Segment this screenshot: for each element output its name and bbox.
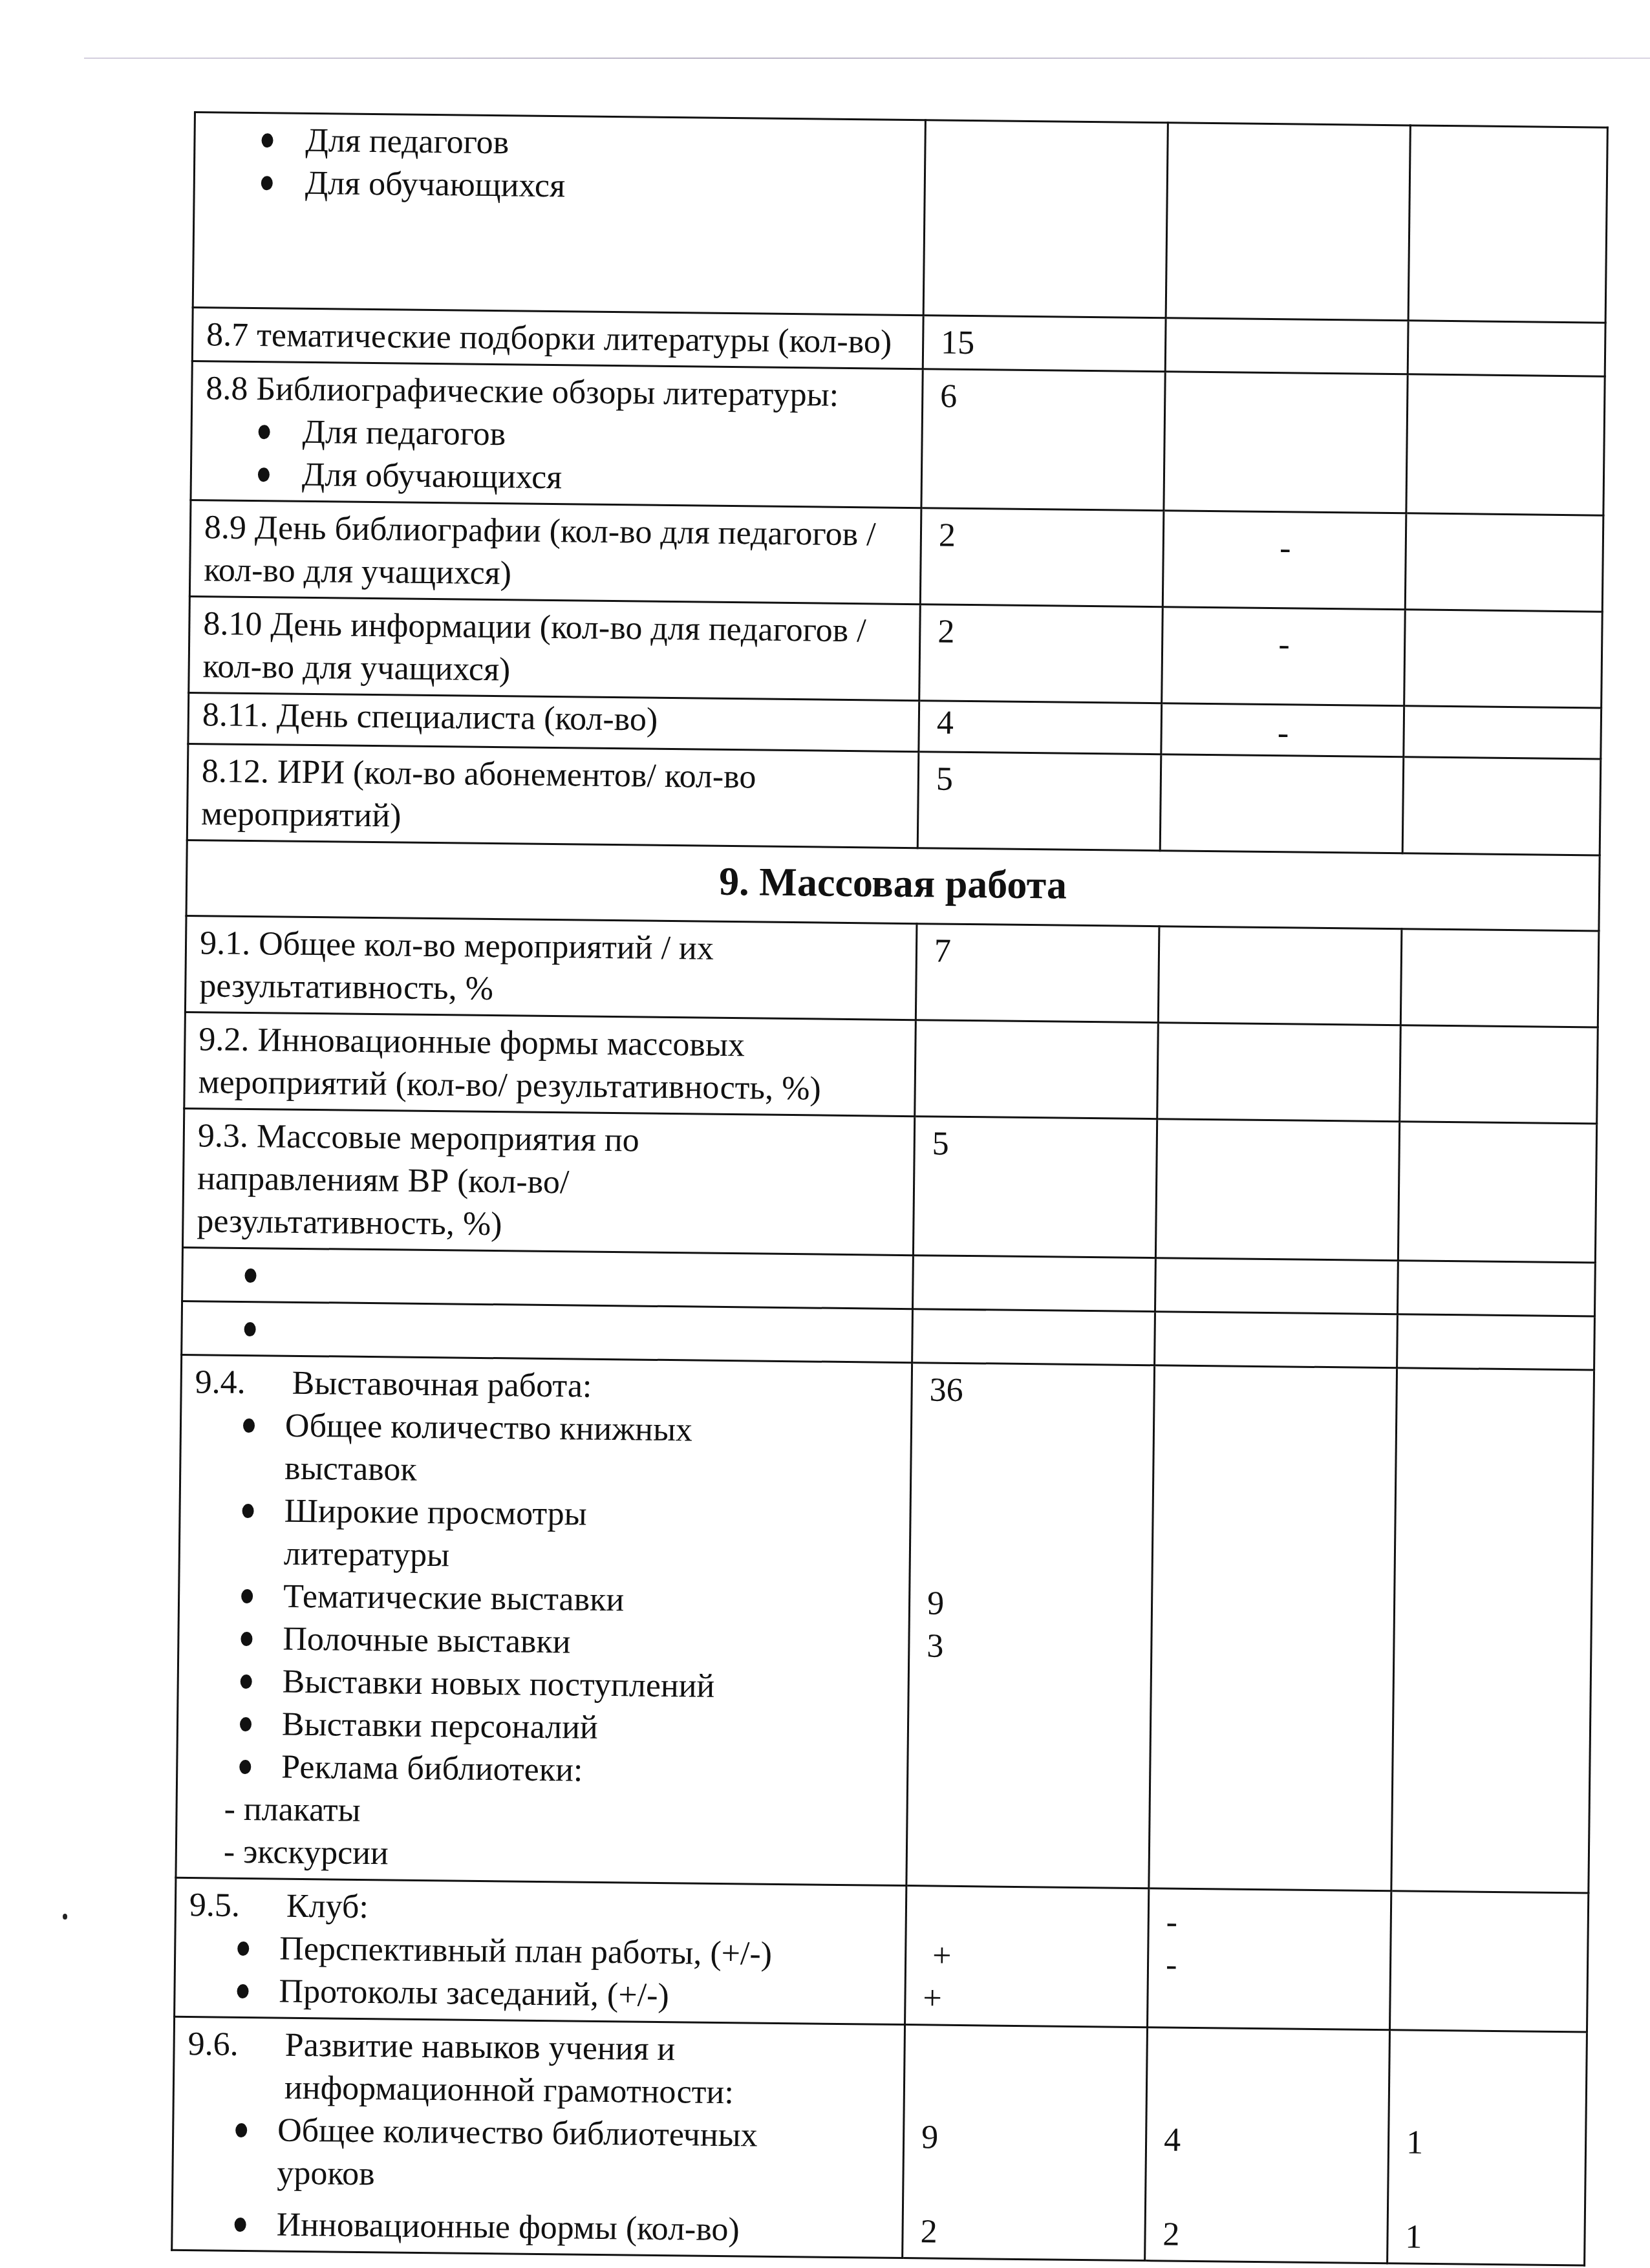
list-item: Для педагогов — [205, 410, 910, 460]
value-cell-col2 — [923, 120, 1168, 318]
value-cell-col2 — [913, 1256, 1156, 1312]
list-item: Реклама библиотеки: — [191, 1745, 753, 1793]
list-item: Полочные выставки — [192, 1617, 755, 1665]
value-cell-col4 — [1397, 1261, 1595, 1316]
row-index: 9.6. — [187, 2023, 285, 2110]
value-cell-col3: - - — [1148, 1888, 1391, 2030]
value-cell-col2: 15 — [923, 316, 1166, 372]
bullet-icon — [237, 1942, 249, 1956]
value-cell-col2: 5 — [917, 752, 1161, 851]
row-label-cell: 9.6. Развитие навыков учения и информаци… — [172, 2017, 905, 2258]
value: - — [1166, 1901, 1378, 1946]
value: 3 — [927, 1625, 1139, 1670]
value: + — [923, 1934, 1136, 1980]
row-label-cell: 9.3. Массовые мероприятия по направления… — [182, 1108, 914, 1255]
list-item: Перспективный план работы, (+/-) — [189, 1927, 894, 1977]
section-heading-row: 9. Массовая работа — [186, 840, 1600, 931]
bullet-icon — [243, 1418, 255, 1433]
list-item: Общее количество книжных выставок — [194, 1404, 756, 1495]
row-label-cell: Для педагогов Для обучающихся — [193, 112, 925, 316]
value-cell-col2: 36 9 3 — [906, 1363, 1155, 1888]
value-cell-col3 — [1149, 1365, 1397, 1891]
value: 9 — [927, 1582, 1140, 1627]
value-cell-col4 — [1402, 757, 1601, 855]
value: + — [923, 1977, 1135, 2022]
table-row-9-2: 9.2. Инновационные формы массовых меропр… — [184, 1012, 1598, 1124]
row-label: Клуб: — [286, 1885, 369, 1929]
list-item — [195, 1307, 900, 1358]
report-page: Для педагогов Для обучающихся 8.7 темати… — [171, 111, 1607, 2266]
value-cell-col3: - — [1162, 607, 1406, 706]
row-label-cell — [182, 1301, 913, 1362]
dash-item: - экскурсии — [190, 1830, 895, 1881]
row-label-cell: 8.9 День библиографии (кол-во для педаго… — [189, 500, 921, 604]
bullet-icon — [259, 425, 270, 439]
value-cell-col4 — [1398, 1122, 1596, 1263]
table-row-9-1: 9.1. Общее кол-во мероприятий / их резул… — [185, 915, 1598, 1027]
value-cell-col2 — [912, 1309, 1155, 1365]
row-label-cell: 9.5. Клуб: Перспективный план работы, (+… — [175, 1878, 906, 2024]
value-cell-col3: 4 2 — [1145, 2027, 1390, 2263]
bullet-icon — [239, 1760, 251, 1774]
list-item: Тематические выставки — [193, 1574, 755, 1623]
bullet-icon — [242, 1504, 253, 1518]
row-label-cell: 8.8 Библиографические обзоры литературы:… — [191, 361, 923, 508]
value-cell-col4 — [1397, 1314, 1595, 1370]
value-cell-col2: + + — [905, 1886, 1149, 2027]
bullet-icon — [261, 133, 273, 147]
value-cell-col4 — [1404, 610, 1603, 708]
list-item: Выставки новых поступлений — [191, 1660, 754, 1708]
list-item — [196, 1254, 901, 1304]
report-table: Для педагогов Для обучающихся 8.7 темати… — [171, 111, 1609, 2266]
row-label-cell: 8.11. День специалиста (кол-во) — [188, 692, 919, 751]
table-row-8-6-continued: Для педагогов Для обучающихся — [193, 112, 1607, 323]
value-cell-col3 — [1165, 318, 1408, 374]
list-item: Протоколы заседаний, (+/-) — [188, 1969, 893, 2020]
bullet-icon — [241, 1632, 252, 1646]
row-label-cell — [182, 1247, 914, 1309]
list-item: Для обучающихся — [205, 453, 910, 503]
table-row-9-5: 9.5. Клуб: Перспективный план работы, (+… — [175, 1878, 1589, 2032]
value-cell-col3 — [1155, 1258, 1398, 1314]
value-cell-col3 — [1166, 123, 1410, 321]
row-label-cell: 9.2. Инновационные формы массовых меропр… — [184, 1012, 916, 1116]
value-cell-col4 — [1389, 1891, 1588, 2032]
value-cell-col3 — [1157, 1023, 1401, 1122]
bullet-icon — [235, 2218, 246, 2232]
list-item: Для педагогов — [208, 118, 913, 169]
bullet-icon — [240, 1717, 252, 1731]
scan-speck — [63, 1914, 67, 1920]
row-index: 9.4. — [195, 1361, 292, 1405]
bullet-icon — [244, 1322, 255, 1336]
row-label: 8.8 Библиографические обзоры литературы: — [206, 367, 910, 418]
list-item: Широкие просмотры литературы — [193, 1489, 756, 1580]
value-cell-col3: - — [1161, 703, 1404, 757]
value-cell-col2: 7 — [916, 924, 1159, 1023]
value-cell-col4 — [1391, 1368, 1594, 1893]
row-label-cell: 8.7 тематические подборки литературы (ко… — [192, 307, 923, 369]
value-cell-col3 — [1155, 1119, 1399, 1261]
value-cell-col2: 4 — [919, 701, 1162, 754]
list-item: Выставки персоналий — [191, 1702, 754, 1751]
value-cell-col2 — [915, 1020, 1159, 1119]
bullet-icon — [261, 176, 273, 190]
list-item: Для обучающихся — [208, 161, 912, 211]
row-label: Выставочная работа: — [292, 1362, 592, 1408]
value-cell-col3 — [1158, 926, 1402, 1025]
bullet-icon — [237, 1984, 248, 1998]
value-cell-col4 — [1400, 929, 1599, 1027]
bullet-icon — [244, 1268, 256, 1283]
value-cell-col4 — [1408, 125, 1607, 323]
value-cell-col4 — [1400, 1025, 1598, 1124]
row-label-cell: 8.12. ИРИ (кол-во абонементов/ кол-во ме… — [187, 744, 919, 848]
value-cell-col2: 2 — [919, 604, 1163, 703]
table-row-8-8: 8.8 Библиографические обзоры литературы:… — [191, 361, 1605, 515]
table-row-9-3: 9.3. Массовые мероприятия по направления… — [182, 1108, 1596, 1263]
row-label-cell: 8.10 День информации (кол-во для педагог… — [189, 596, 921, 700]
value: 2 — [1162, 2213, 1375, 2258]
value-cell-col4 — [1408, 321, 1605, 376]
list-item: Общее количество библиотечных уроков — [186, 2108, 787, 2200]
bullet-icon — [241, 1674, 252, 1689]
value: 9 — [921, 2116, 1134, 2161]
table-row-9-6: 9.6. Развитие навыков учения и информаци… — [172, 2017, 1587, 2265]
value-cell-col4 — [1406, 374, 1605, 515]
value-cell-col3 — [1155, 1312, 1398, 1368]
dash-item: - плакаты — [190, 1788, 895, 1838]
value-cell-col2: 9 2 — [903, 2025, 1148, 2261]
value: - — [1166, 1943, 1378, 1989]
table-row-9-4: 9.4. Выставочная работа: Общее количеств… — [176, 1354, 1594, 1893]
value-cell-col3 — [1160, 754, 1404, 853]
row-label-cell: 9.4. Выставочная работа: Общее количеств… — [176, 1354, 912, 1885]
bullet-icon — [258, 467, 270, 482]
value-cell-col2: 5 — [913, 1117, 1157, 1258]
value-cell-col4 — [1404, 706, 1602, 759]
value-cell-col2: 6 — [921, 369, 1165, 511]
scan-edge-line — [84, 58, 1650, 59]
value-cell-col4: 1 1 — [1387, 2030, 1587, 2265]
value-cell-col3: - — [1162, 511, 1406, 610]
list-item: Инновационные формы (кол-во) — [186, 2203, 787, 2252]
bullet-icon — [235, 2123, 247, 2137]
value-cell-col3 — [1164, 372, 1408, 513]
table-row-8-10: 8.10 День информации (кол-во для педагог… — [189, 596, 1602, 708]
table-row-8-9: 8.9 День библиографии (кол-во для педаго… — [189, 500, 1603, 612]
row-label-cell: 9.1. Общее кол-во мероприятий / их резул… — [185, 915, 917, 1020]
value-cell-col2: 2 — [920, 508, 1164, 607]
table-row-8-12: 8.12. ИРИ (кол-во абонементов/ кол-во ме… — [187, 744, 1600, 855]
value: 2 — [920, 2210, 1133, 2256]
value: 36 — [929, 1369, 1142, 1414]
bullet-icon — [241, 1589, 253, 1603]
value: 1 — [1405, 2216, 1572, 2260]
value: 4 — [1164, 2119, 1377, 2164]
section-title: 9. Массовая работа — [186, 840, 1600, 931]
value: 1 — [1406, 2121, 1574, 2166]
value-cell-col4 — [1405, 513, 1603, 612]
row-index: 9.5. — [189, 1884, 287, 1928]
row-label: Развитие навыков учения и информационной… — [284, 2024, 892, 2116]
